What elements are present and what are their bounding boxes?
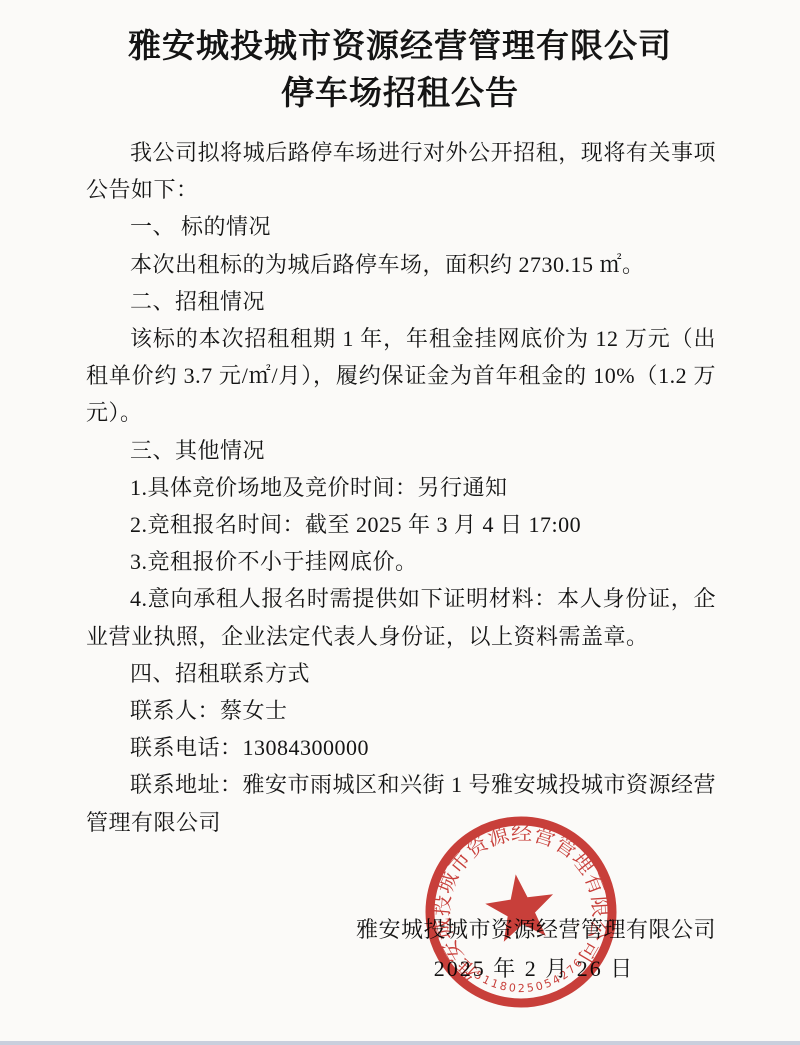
paragraph: 三、其他情况 xyxy=(86,432,716,469)
paragraph: 二、招租情况 xyxy=(86,283,716,320)
paragraph: 2.竞租报名时间：截至 2025 年 3 月 4 日 17:00 xyxy=(86,506,716,543)
scan-edge-artifact xyxy=(0,1041,800,1045)
title-line-1: 雅安城投城市资源经营管理有限公司 xyxy=(0,24,800,71)
paragraph: 3.竞租报价不小于挂网底价。 xyxy=(86,543,716,580)
title-line-2: 停车场招租公告 xyxy=(0,71,800,118)
paragraph: 本次出租标的为城后路停车场，面积约 2730.15 ㎡。 xyxy=(86,246,716,283)
paragraph: 1.具体竞价场地及竞价时间：另行通知 xyxy=(86,469,716,506)
paragraph: 一、 标的情况 xyxy=(86,208,716,245)
signature-company: 雅安城投城市资源经营管理有限公司 xyxy=(356,914,712,946)
closing-block: 雅安城投城市资源经营管理有限公司 2025 年 2 月 26 日 xyxy=(356,914,712,985)
paragraph: 联系地址：雅安市雨城区和兴街 1 号雅安城投城市资源经营管理有限公司 xyxy=(86,766,716,840)
signature-date: 2025 年 2 月 26 日 xyxy=(356,953,712,985)
paragraph: 我公司拟将城后路停车场进行对外公开招租，现将有关事项公告如下： xyxy=(86,134,716,208)
paragraph: 联系电话：13084300000 xyxy=(86,729,716,766)
document-page: 雅安城投城市资源经营管理有限公司 停车场招租公告 我公司拟将城后路停车场进行对外… xyxy=(0,0,800,1045)
paragraph: 联系人：蔡女士 xyxy=(86,692,716,729)
paragraph: 4.意向承租人报名时需提供如下证明材料：本人身份证，企业营业执照，企业法定代表人… xyxy=(86,580,716,654)
paragraph: 该标的本次招租租期 1 年，年租金挂网底价为 12 万元（出租单价约 3.7 元… xyxy=(86,320,716,432)
paragraph: 四、招租联系方式 xyxy=(86,655,716,692)
document-body: 我公司拟将城后路停车场进行对外公开招租，现将有关事项公告如下：一、 标的情况本次… xyxy=(86,134,716,841)
document-title: 雅安城投城市资源经营管理有限公司 停车场招租公告 xyxy=(0,0,800,118)
